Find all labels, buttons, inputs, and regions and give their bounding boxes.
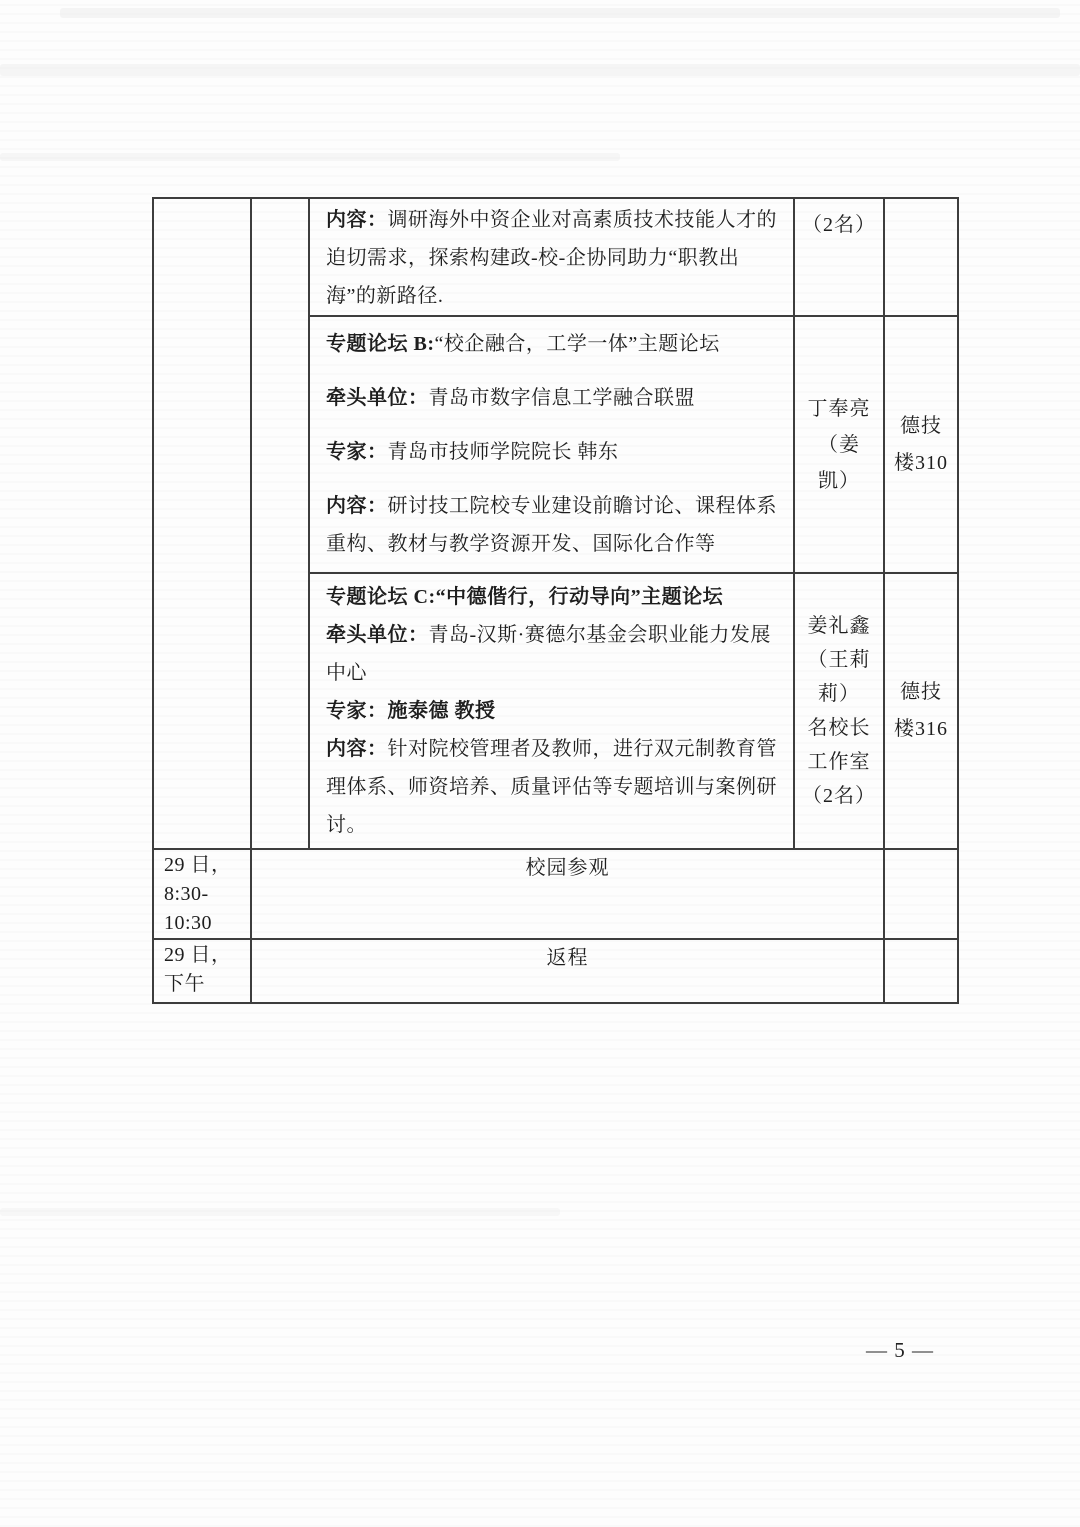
cell-date-29-morning: 29 日， 8:30- 10:30: [153, 849, 251, 939]
paragraph-text: “校企融合，工学一体”主题论坛: [435, 333, 720, 355]
paragraph-text: 针对院校管理者及教师，进行双元制教育管理体系、师资培养、质量评估等专题培训与案例…: [326, 738, 777, 836]
cell-forum-a-content: 内容：调研海外中资企业对高素质技术技能人才的迫切需求，探索构建政-校-企协同助力…: [309, 198, 794, 316]
schedule-table: 内容：调研海外中资企业对高素质技术技能人才的迫切需求，探索构建政-校-企协同助力…: [152, 197, 959, 1004]
paragraph-text: 调研海外中资企业对高素质技术技能人才的迫切需求，探索构建政-校-企协同助力“职教…: [326, 209, 777, 307]
paragraph-expert: 专家：青岛市技师学院院长 韩东: [326, 433, 781, 471]
cell-forum-c-content: 专题论坛 C:“中德偕行，行动导向”主题论坛 牵头单位：青岛-汉斯·赛德尔基金会…: [309, 573, 794, 849]
cell-forum-a-location: [884, 198, 958, 316]
scan-artifact: [0, 1208, 560, 1216]
paragraph-label: 专题论坛 B:: [326, 333, 435, 355]
table-row-campus-tour: 29 日， 8:30- 10:30 校园参观: [153, 849, 958, 939]
paragraph-text: 研讨技工院校专业建设前瞻讨论、课程体系重构、教材与教学资源开发、国际化合作等: [326, 495, 777, 555]
cell-session-continued: [251, 198, 309, 849]
table-row-content-continuation: 内容：调研海外中资企业对高素质技术技能人才的迫切需求，探索构建政-校-企协同助力…: [153, 198, 958, 316]
paragraph-forum-title: 专题论坛 B:“校企融合，工学一体”主题论坛: [326, 325, 781, 363]
paragraph-label: 专家：: [326, 441, 388, 463]
cell-location-empty: [884, 849, 958, 939]
paragraph-content: 内容：研讨技工院校专业建设前瞻讨论、课程体系重构、教材与教学资源开发、国际化合作…: [326, 487, 781, 563]
paragraph-lead-unit: 牵头单位：青岛市数字信息工学融合联盟: [326, 379, 781, 417]
scan-artifact: [0, 64, 1080, 76]
paragraph-label: 专家：施泰德 教授: [326, 700, 496, 722]
cell-activity-campus-tour: 校园参观: [251, 849, 884, 939]
scan-artifact: [60, 8, 1060, 18]
cell-forum-c-person: 姜礼鑫 （王莉 莉） 名校长 工作室 （2名）: [794, 573, 884, 849]
cell-date-continued: [153, 198, 251, 849]
paragraph-expert: 专家：施泰德 教授: [326, 692, 781, 730]
paragraph-content: 内容：针对院校管理者及教师，进行双元制教育管理体系、师资培养、质量评估等专题培训…: [326, 730, 781, 844]
paragraph-lead-unit: 牵头单位：青岛-汉斯·赛德尔基金会职业能力发展中心: [326, 616, 781, 692]
paragraph-label: 内容：: [326, 209, 388, 231]
paragraph-label: 专题论坛 C:“中德偕行，行动导向”主题论坛: [326, 586, 723, 608]
cell-location-empty: [884, 939, 958, 1003]
cell-date-29-afternoon: 29 日， 下午: [153, 939, 251, 1003]
cell-activity-return-trip: 返程: [251, 939, 884, 1003]
paragraph-text: 青岛市数字信息工学融合联盟: [429, 387, 696, 409]
paragraph-label: 内容：: [326, 495, 388, 517]
table-row-return-trip: 29 日， 下午 返程: [153, 939, 958, 1003]
paragraph-label: 内容：: [326, 738, 388, 760]
paragraph-label: 牵头单位：: [326, 624, 429, 646]
scan-artifact: [0, 153, 620, 161]
paragraph-forum-title: 专题论坛 C:“中德偕行，行动导向”主题论坛: [326, 578, 781, 616]
cell-forum-b-person: 丁奉亮 （姜 凯）: [794, 316, 884, 573]
cell-forum-c-location: 德技 楼316: [884, 573, 958, 849]
cell-forum-b-content: 专题论坛 B:“校企融合，工学一体”主题论坛 牵头单位：青岛市数字信息工学融合联…: [309, 316, 794, 573]
paragraph-text: 青岛市技师学院院长 韩东: [388, 441, 619, 463]
paragraph-content: 内容：调研海外中资企业对高素质技术技能人才的迫切需求，探索构建政-校-企协同助力…: [326, 201, 781, 315]
paragraph-label: 牵头单位：: [326, 387, 429, 409]
cell-forum-a-person: （2名）: [794, 198, 884, 316]
cell-forum-b-location: 德技 楼310: [884, 316, 958, 573]
page-number: — 5 —: [850, 1338, 950, 1363]
